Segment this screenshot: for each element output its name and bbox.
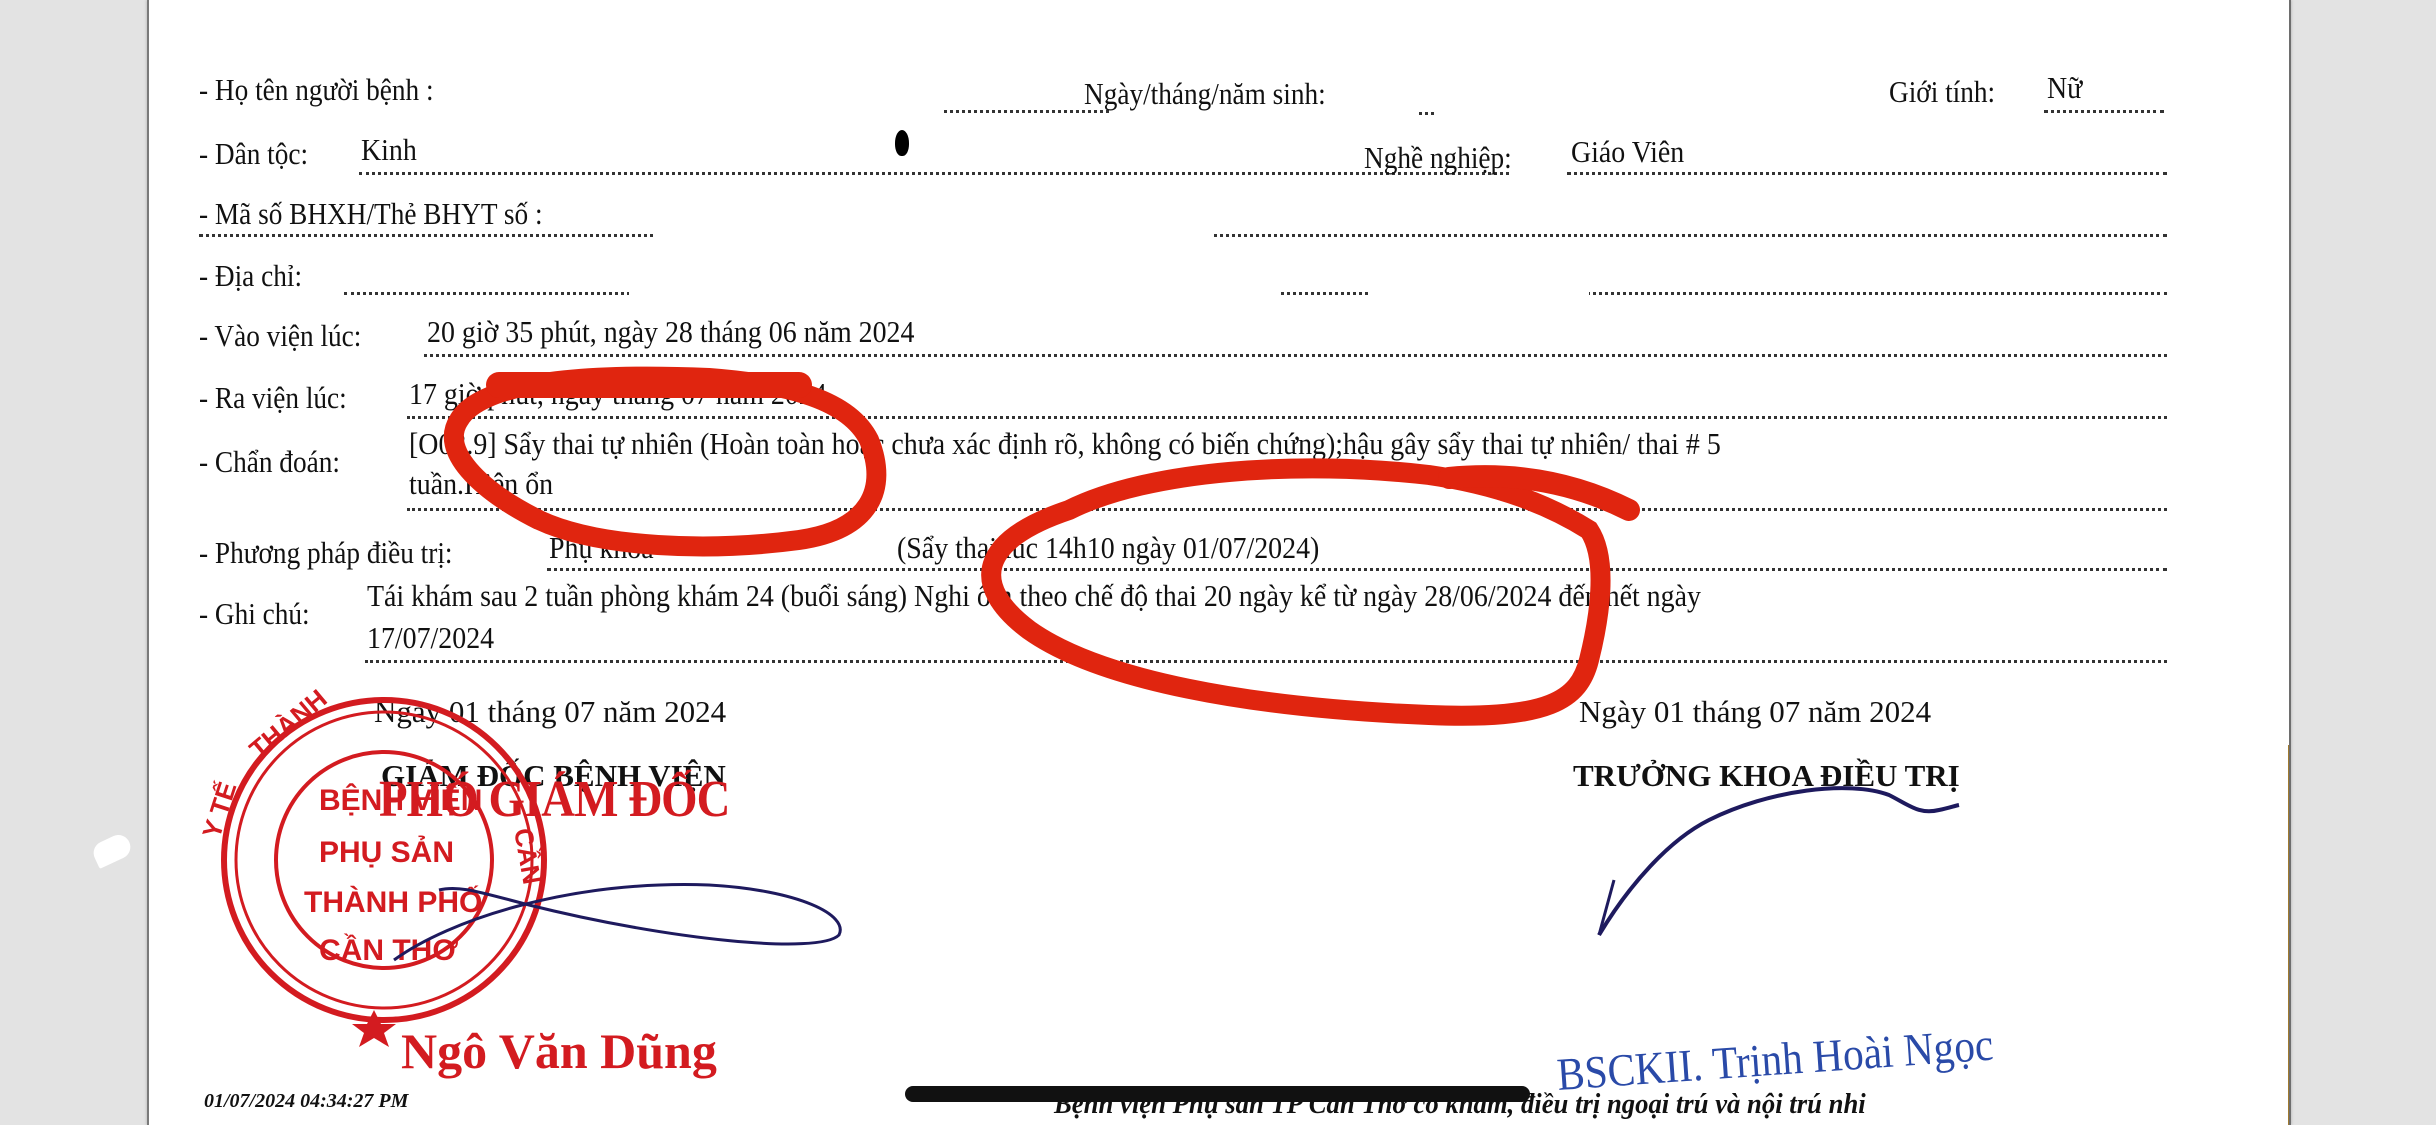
pointer-cursor-icon [90,831,135,869]
document-page: - Họ tên người bệnh : Ngày/tháng/năm sin… [147,0,2291,1125]
svg-text:CẦN THƠ: CẦN THƠ [319,933,458,967]
print-timestamp: 01/07/2024 04:34:27 PM [204,1090,408,1113]
right-sign-date: Ngày 01 tháng 07 năm 2024 [1579,694,1931,730]
svg-text:THÀNH: THÀNH [244,683,333,764]
svg-text:THÀNH PHỐ: THÀNH PHỐ [304,885,482,919]
right-sign-title: TRƯỞNG KHOA ĐIỀU TRỊ [1573,758,1960,794]
stamp-title-vice-director: PHÓ GIÁM ĐỐC [379,770,730,829]
svg-text:Y TẾ: Y TẾ [196,778,242,842]
left-signer-name: Ngô Văn Dũng [401,1022,717,1080]
stamp-and-signatures: BỆNH VIỆN PHỤ SẢN THÀNH PHỐ CẦN THƠ THÀN… [149,0,2289,1125]
svg-text:PHỤ SẢN: PHỤ SẢN [319,835,454,869]
home-indicator-bar[interactable] [905,1086,1530,1102]
